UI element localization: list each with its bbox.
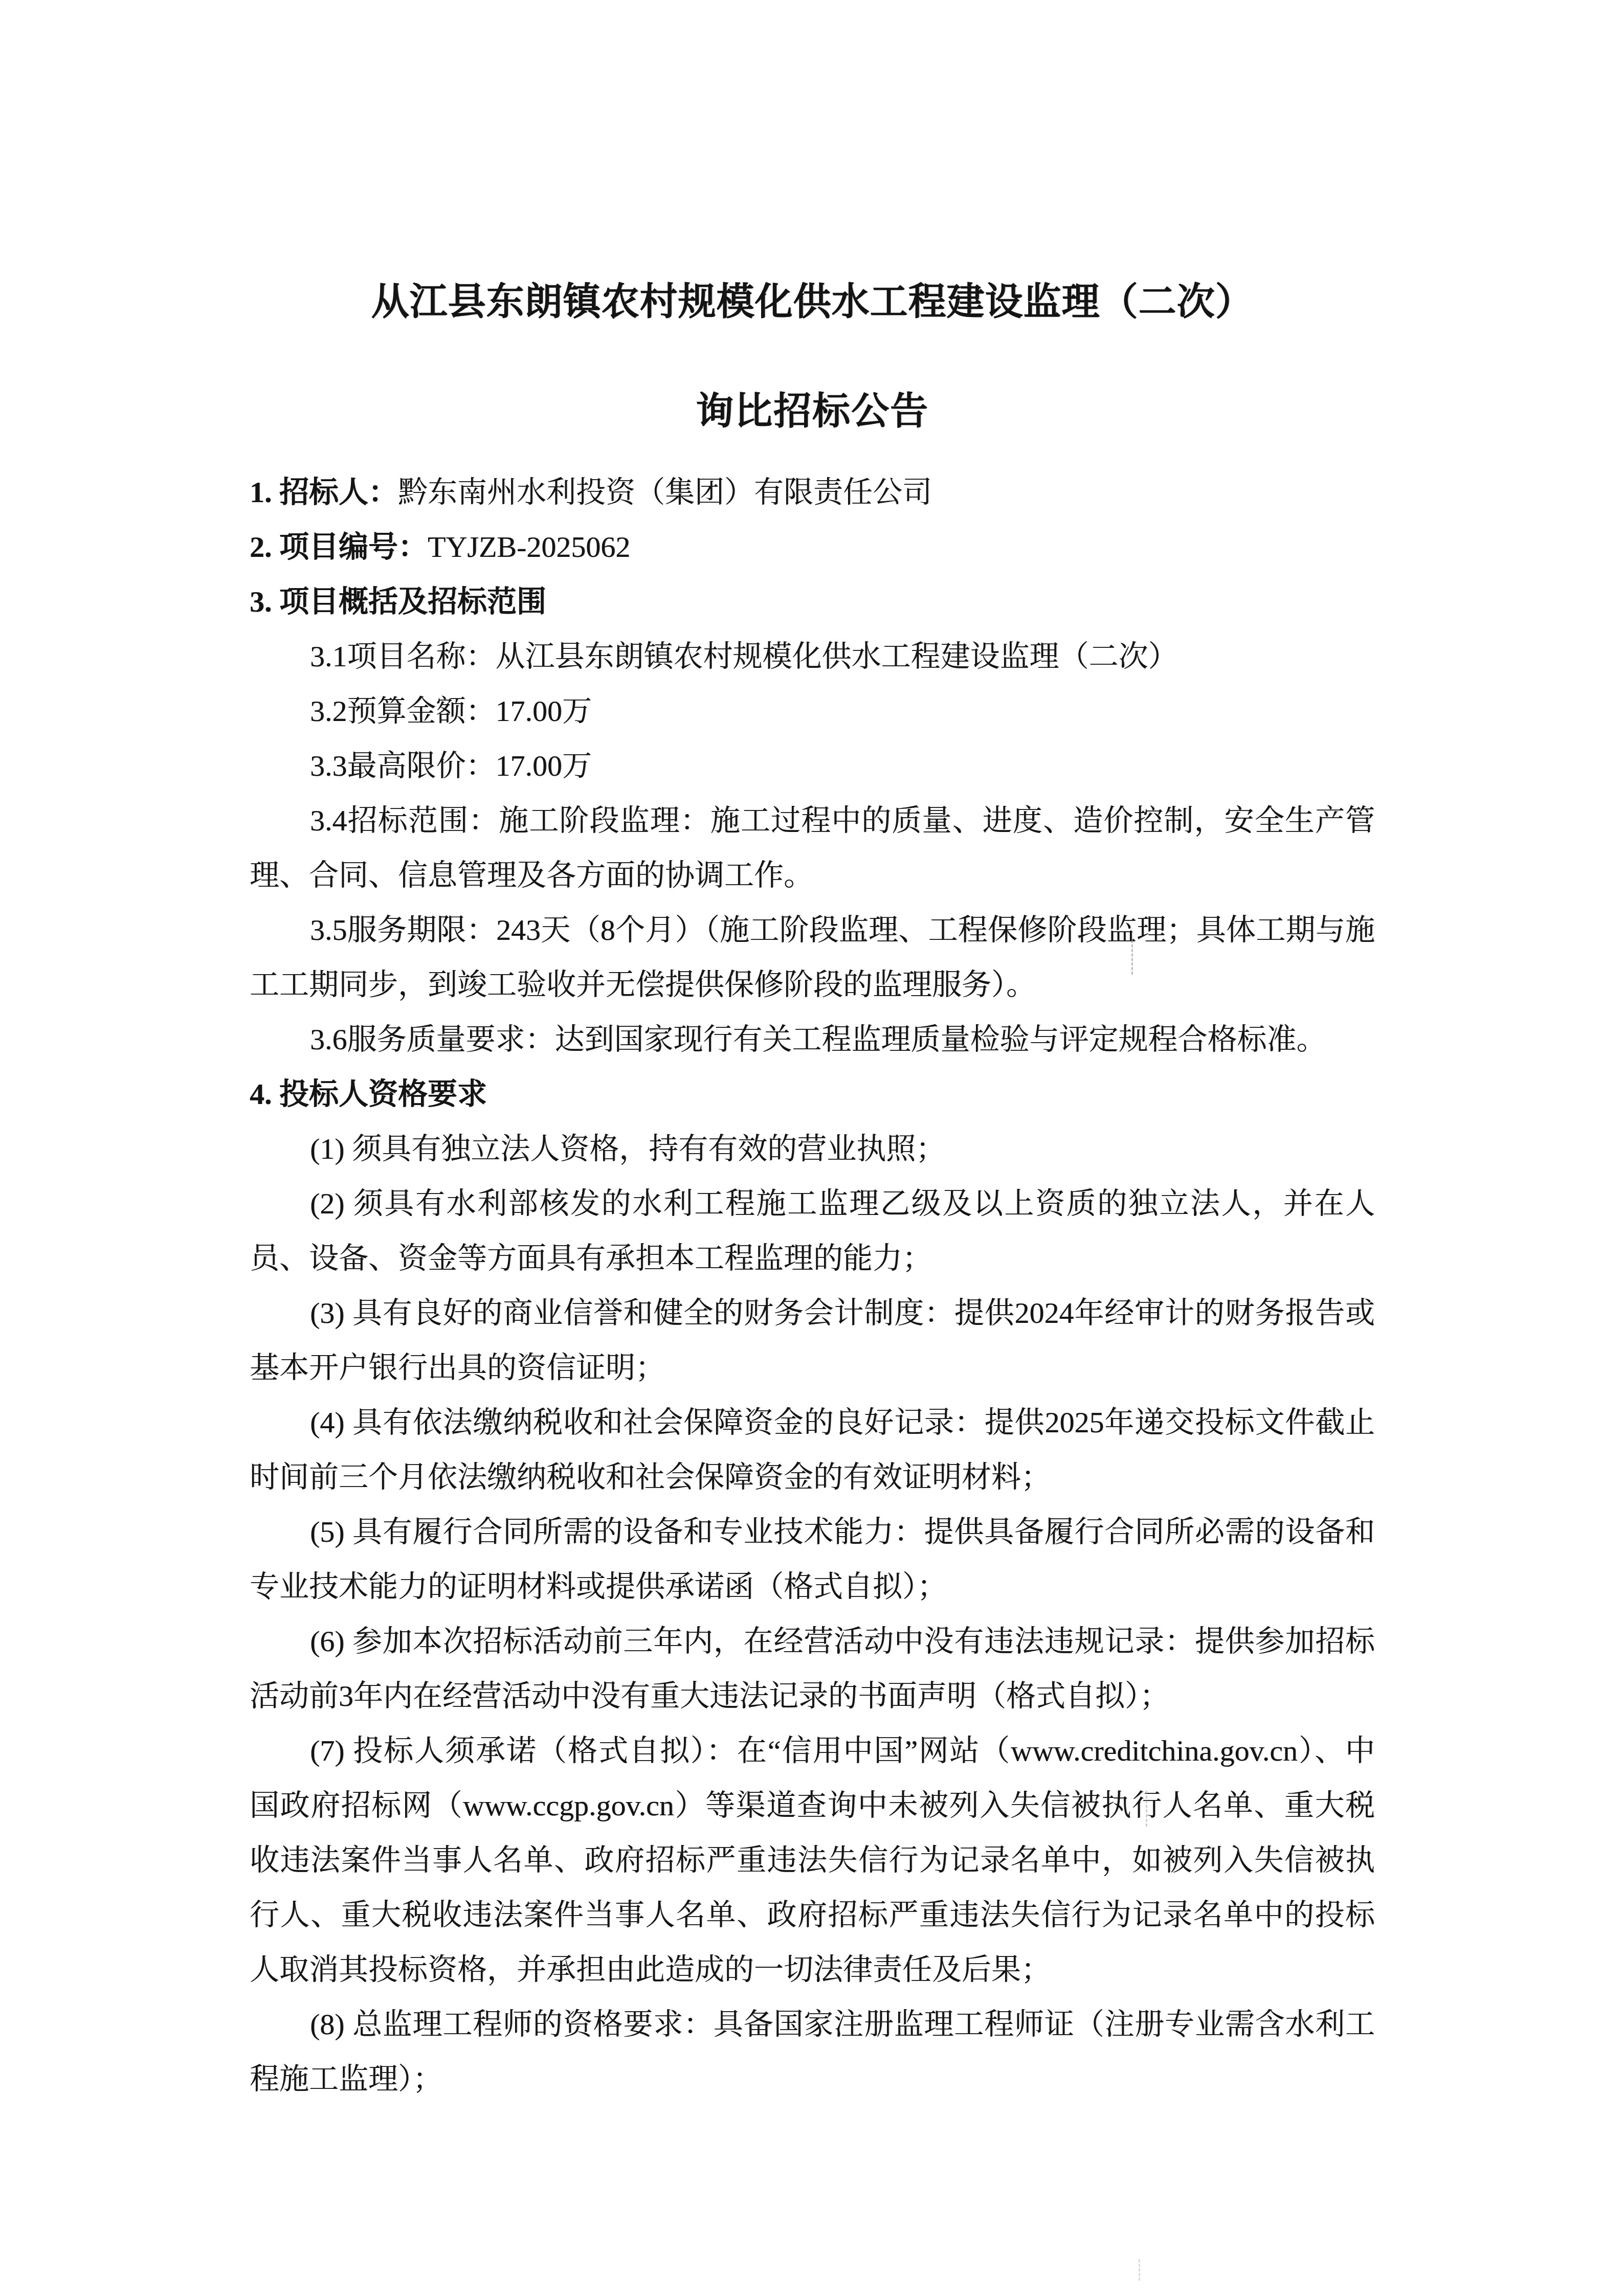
item-text: (2) 须具有水利部核发的水利工程施工监理乙级及以上资质的独立法人，并在人员、设… bbox=[250, 1187, 1375, 1275]
body-paragraph: (3) 具有良好的商业信誉和健全的财务会计制度：提供2024年经审计的财务报告或… bbox=[250, 1286, 1375, 1395]
body-paragraph: (8) 总监理工程师的资格要求：具备国家注册监理工程师证（注册专业需含水利工程施… bbox=[250, 1997, 1375, 2106]
body-paragraph: 3.5服务期限：243天（8个月）（施工阶段监理、工程保修阶段监理；具体工期与施… bbox=[250, 903, 1375, 1012]
body-paragraph: 3.3最高限价：17.00万 bbox=[250, 738, 1375, 793]
body-paragraph: 3.6服务质量要求：达到国家现行有关工程监理质量检验与评定规程合格标准。 bbox=[250, 1012, 1375, 1067]
body-paragraph: (6) 参加本次招标活动前三年内，在经营活动中没有违法违规记录：提供参加招标活动… bbox=[250, 1614, 1375, 1723]
document-body: 1. 招标人：黔东南州水利投资（集团）有限责任公司2. 项目编号：TYJZB-2… bbox=[250, 465, 1375, 2106]
section-item: 4. 投标人资格要求 bbox=[250, 1067, 1375, 1121]
scan-artifact bbox=[1131, 940, 1133, 975]
body-paragraph: (7) 投标人须承诺（格式自拟）：在“信用中国”网站（www.creditchi… bbox=[250, 1723, 1375, 1997]
section-item: 3. 项目概括及招标范围 bbox=[250, 574, 1375, 629]
item-text: (1) 须具有独立法人资格，持有有效的营业执照； bbox=[310, 1132, 945, 1165]
body-paragraph: (4) 具有依法缴纳税收和社会保障资金的良好记录：提供2025年递交投标文件截止… bbox=[250, 1395, 1375, 1504]
section-item: 1. 招标人：黔东南州水利投资（集团）有限责任公司 bbox=[250, 465, 1375, 520]
section-item: 2. 项目编号：TYJZB-2025062 bbox=[250, 520, 1375, 574]
item-text: 3.1项目名称：从江县东朗镇农村规模化供水工程建设监理（二次） bbox=[310, 640, 1178, 673]
body-paragraph: (5) 具有履行合同所需的设备和专业技术能力：提供具备履行合同所必需的设备和专业… bbox=[250, 1504, 1375, 1614]
body-paragraph: 3.4招标范围：施工阶段监理：施工过程中的质量、进度、造价控制，安全生产管理、合… bbox=[250, 793, 1375, 903]
document-subtitle: 询比招标公告 bbox=[250, 388, 1375, 435]
item-text: 3.3最高限价：17.00万 bbox=[310, 749, 592, 782]
scanned-document-page: 从江县东朗镇农村规模化供水工程建设监理（二次） 询比招标公告 1. 招标人：黔东… bbox=[0, 0, 1624, 2296]
text-block: 从江县东朗镇农村规模化供水工程建设监理（二次） 询比招标公告 1. 招标人：黔东… bbox=[250, 0, 1375, 2106]
item-label: 4. 投标人资格要求 bbox=[250, 1077, 487, 1111]
body-paragraph: 3.1项目名称：从江县东朗镇农村规模化供水工程建设监理（二次） bbox=[250, 629, 1375, 684]
body-paragraph: (1) 须具有独立法人资格，持有有效的营业执照； bbox=[250, 1121, 1375, 1176]
item-text: (7) 投标人须承诺（格式自拟）：在“信用中国”网站（www.creditchi… bbox=[250, 1734, 1375, 1986]
item-label: 3. 项目概括及招标范围 bbox=[250, 585, 546, 618]
scan-artifact bbox=[1139, 2259, 1140, 2281]
item-text: TYJZB-2025062 bbox=[428, 530, 630, 564]
scan-artifact bbox=[1146, 1791, 1147, 1827]
item-text: (4) 具有依法缴纳税收和社会保障资金的良好记录：提供2025年递交投标文件截止… bbox=[250, 1406, 1375, 1494]
item-text: (8) 总监理工程师的资格要求：具备国家注册监理工程师证（注册专业需含水利工程施… bbox=[250, 2008, 1375, 2096]
body-paragraph: 3.2预算金额：17.00万 bbox=[250, 684, 1375, 738]
item-text: 3.4招标范围：施工阶段监理：施工过程中的质量、进度、造价控制，安全生产管理、合… bbox=[250, 804, 1375, 892]
item-text: (6) 参加本次招标活动前三年内，在经营活动中没有违法违规记录：提供参加招标活动… bbox=[250, 1625, 1375, 1713]
item-text: 3.5服务期限：243天（8个月）（施工阶段监理、工程保修阶段监理；具体工期与施… bbox=[250, 913, 1375, 1001]
item-text: 3.6服务质量要求：达到国家现行有关工程监理质量检验与评定规程合格标准。 bbox=[310, 1023, 1326, 1056]
item-label: 1. 招标人： bbox=[250, 476, 398, 509]
item-text: (3) 具有良好的商业信誉和健全的财务会计制度：提供2024年经审计的财务报告或… bbox=[250, 1296, 1375, 1384]
item-text: 黔东南州水利投资（集团）有限责任公司 bbox=[398, 476, 932, 509]
item-label: 2. 项目编号： bbox=[250, 530, 428, 564]
document-title: 从江县东朗镇农村规模化供水工程建设监理（二次） bbox=[250, 279, 1375, 326]
body-paragraph: (2) 须具有水利部核发的水利工程施工监理乙级及以上资质的独立法人，并在人员、设… bbox=[250, 1176, 1375, 1286]
item-text: (5) 具有履行合同所需的设备和专业技术能力：提供具备履行合同所必需的设备和专业… bbox=[250, 1515, 1375, 1603]
item-text: 3.2预算金额：17.00万 bbox=[310, 694, 592, 728]
